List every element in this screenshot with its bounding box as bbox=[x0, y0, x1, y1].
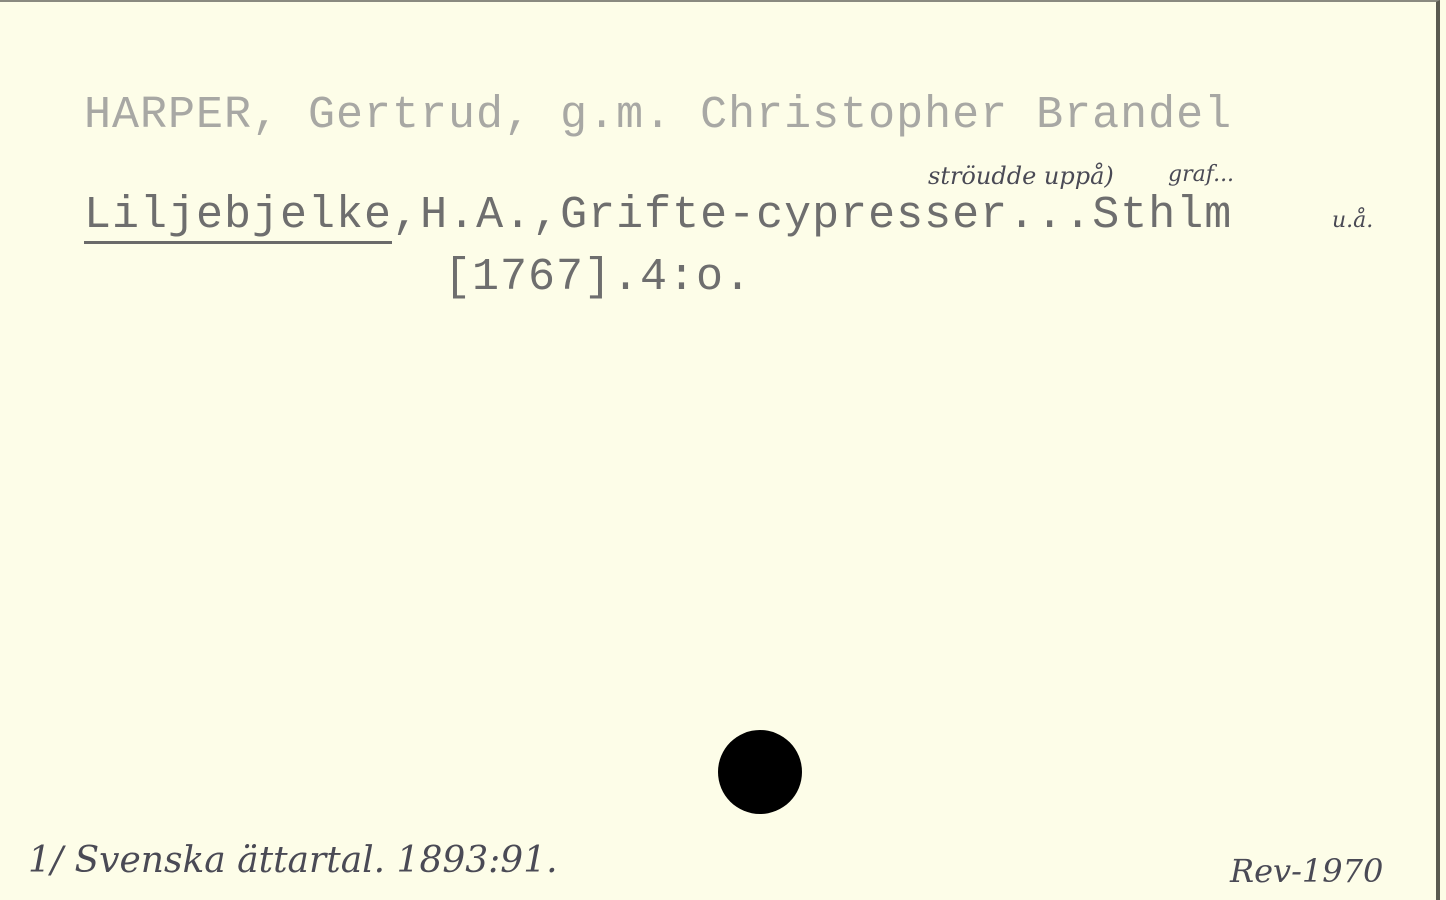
annotation-above-place: graf... bbox=[1168, 162, 1234, 187]
entry-ellipsis: ... bbox=[1008, 190, 1092, 241]
entry-line-1: Liljebjelke,H.A.,Grifte-cypresser...Sthl… bbox=[84, 190, 1232, 241]
entry-place: Sthlm bbox=[1092, 190, 1232, 241]
heading-surname: HARPER, bbox=[84, 90, 280, 141]
card-punch-hole bbox=[718, 730, 802, 814]
annotation-above-title: ströudde uppå) bbox=[928, 162, 1114, 190]
annotation-after-place: u.å. bbox=[1332, 208, 1373, 233]
heading-line: HARPER, Gertrud, g.m. Christopher Brande… bbox=[84, 90, 1232, 141]
catalog-card: HARPER, Gertrud, g.m. Christopher Brande… bbox=[0, 0, 1440, 900]
entry-line-2: [1767].4:o. bbox=[444, 252, 752, 303]
annotation-bottom-right: Rev-1970 bbox=[1230, 852, 1383, 890]
entry-author: Liljebjelke bbox=[84, 190, 392, 244]
entry-title: ,H.A.,Grifte-cypresser bbox=[392, 190, 1008, 241]
annotation-bottom-left: 1/ Svenska ättartal. 1893:91. bbox=[28, 840, 558, 881]
heading-rest: Gertrud, g.m. Christopher Brandel bbox=[280, 90, 1232, 141]
